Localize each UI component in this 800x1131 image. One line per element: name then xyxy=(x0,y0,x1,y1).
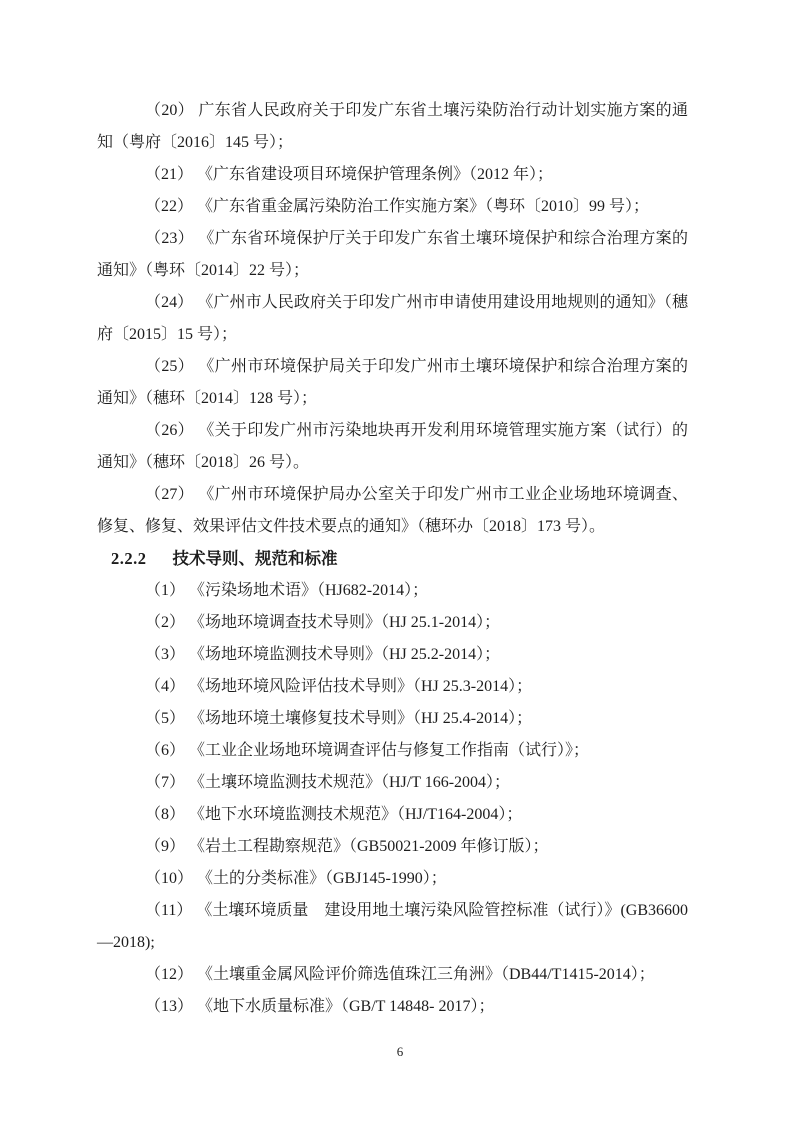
list-item-6: （6） 《工业企业场地环境调查评估与修复工作指南（试行）》； xyxy=(97,735,688,767)
section-title: 技术导则、规范和标准 xyxy=(173,549,338,568)
list-item-12: （12） 《土壤重金属风险评价筛选值珠江三角洲》（DB44/T1415-2014… xyxy=(97,959,688,991)
list-item-2: （2） 《场地环境调查技术导则》（HJ 25.1-2014）； xyxy=(97,607,688,639)
list-item-23: （23） 《广东省环境保护厅关于印发广东省土壤环境保护和综合治理方案的通知》（粤… xyxy=(97,223,688,287)
list-item-1: （1） 《污染场地术语》（HJ682-2014）； xyxy=(97,575,688,607)
list-item-13: （13） 《地下水质量标准》（GB/T 14848- 2017）； xyxy=(97,991,688,1023)
list-item-25: （25） 《广州市环境保护局关于印发广州市土壤环境保护和综合治理方案的通知》（穗… xyxy=(97,351,688,415)
list-item-5: （5） 《场地环境土壤修复技术导则》（HJ 25.4-2014）； xyxy=(97,703,688,735)
list-item-24: （24） 《广州市人民政府关于印发广州市申请使用建设用地规则的通知》（穗府〔20… xyxy=(97,287,688,351)
list-item-22: （22） 《广东省重金属污染防治工作实施方案》（粤环〔2010〕99 号）； xyxy=(97,191,688,223)
page-content: （20） 广东省人民政府关于印发广东省土壤污染防治行动计划实施方案的通知（粤府〔… xyxy=(97,95,688,1023)
list-item-21: （21） 《广东省建设项目环境保护管理条例》（2012 年）； xyxy=(97,159,688,191)
list-item-4: （4） 《场地环境风险评估技术导则》（HJ 25.3-2014）； xyxy=(97,671,688,703)
page-number: 6 xyxy=(0,1043,800,1061)
standards-list: （1） 《污染场地术语》（HJ682-2014）； （2） 《场地环境调查技术导… xyxy=(97,575,688,1023)
list-item-20: （20） 广东省人民政府关于印发广东省土壤污染防治行动计划实施方案的通知（粤府〔… xyxy=(97,95,688,159)
list-item-3: （3） 《场地环境监测技术导则》（HJ 25.2-2014）； xyxy=(97,639,688,671)
list-item-27: （27） 《广州市环境保护局办公室关于印发广州市工业企业场地环境调查、修复、修复… xyxy=(97,479,688,543)
list-item-7: （7） 《土壤环境监测技术规范》（HJ/T 166-2004）； xyxy=(97,767,688,799)
regulations-list: （20） 广东省人民政府关于印发广东省土壤污染防治行动计划实施方案的通知（粤府〔… xyxy=(97,95,688,543)
list-item-9: （9） 《岩土工程勘察规范》（GB50021-2009 年修订版）； xyxy=(97,831,688,863)
section-heading: 2.2.2技术导则、规范和标准 xyxy=(97,543,688,575)
list-item-26: （26） 《关于印发广州市污染地块再开发利用环境管理实施方案（试行）的通知》（穗… xyxy=(97,415,688,479)
list-item-11: （11） 《土壤环境质量 建设用地土壤污染风险管控标准（试行）》(GB36600… xyxy=(97,895,688,959)
list-item-10: （10） 《土的分类标准》（GBJ145-1990）； xyxy=(97,863,688,895)
list-item-8: （8） 《地下水环境监测技术规范》（HJ/T164-2004）； xyxy=(97,799,688,831)
document-page: （20） 广东省人民政府关于印发广东省土壤污染防治行动计划实施方案的通知（粤府〔… xyxy=(0,0,800,1131)
section-number: 2.2.2 xyxy=(111,543,147,575)
